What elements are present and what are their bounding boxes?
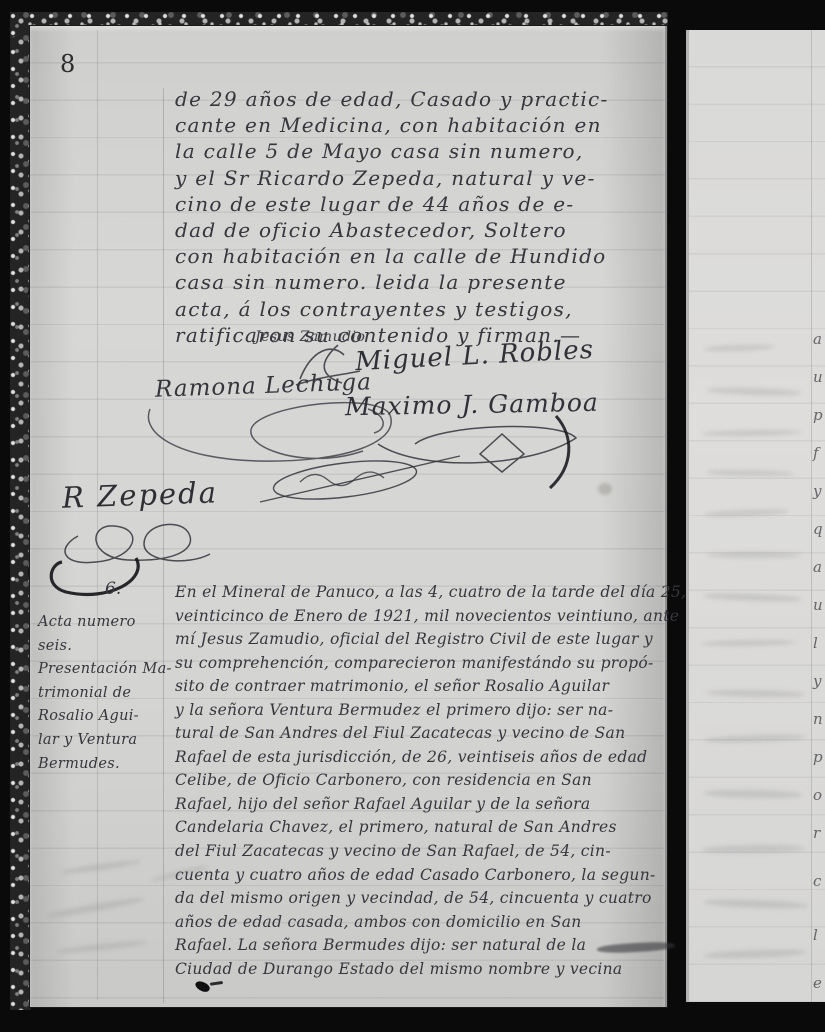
act-continuation-line: acta, á los contrayentes y testigos, [175, 296, 663, 322]
bleed-through-smudge [703, 509, 789, 518]
act-continuation-line: la calle 5 de Mayo casa sin numero, [175, 138, 663, 164]
act-body-line: Ciudad de Durango Estado del mismo nombr… [175, 958, 659, 982]
edge-text-fragment: q [813, 520, 823, 538]
act-continuation-line: y el Sr Ricardo Zepeda, natural y ve- [175, 165, 663, 191]
paper-stain [598, 483, 612, 495]
edge-text-fragment: u [813, 596, 823, 614]
edge-text-fragment: e [813, 974, 822, 992]
act-continuation-paragraph: de 29 años de edad, Casado y practic- ca… [175, 86, 663, 348]
act-body-line: Candelaria Chavez, el primero, natural d… [175, 816, 659, 840]
edge-text-fragment: l [813, 634, 818, 652]
bleed-through-smudge [705, 469, 795, 477]
margin-note-line: Bermudes. [38, 753, 166, 777]
registry-page-left: 8 de 29 años de edad, Casado y practic- … [30, 26, 667, 1007]
bleed-through-smudge [56, 939, 148, 955]
act-body-line: años de edad casada, ambos con domicilio… [175, 911, 659, 935]
bleed-through-smudge [701, 639, 796, 647]
margin-note-line: lar y Ventura [38, 729, 166, 753]
page-number: 8 [60, 50, 75, 78]
act-number: 6. [105, 579, 121, 599]
act-body-line: mí Jesus Zamudio, oficial del Registro C… [175, 628, 659, 652]
bleed-through-smudge [60, 858, 142, 875]
edge-text-fragment: o [813, 786, 822, 804]
rubric-signature-center [255, 448, 470, 508]
act-body-line: Rafael. La señora Bermudes dijo: ser nat… [175, 934, 659, 958]
margin-note-line: Acta numero [38, 611, 166, 635]
act-continuation-line: casa sin numero. leida la presente [175, 269, 663, 295]
bleed-through-smudge [701, 844, 805, 854]
edge-text-fragment: a [813, 558, 822, 576]
edge-text-fragment: l [813, 926, 818, 944]
act-body-line: da del mismo origen y vecindad, de 54, c… [175, 887, 659, 911]
edge-text-fragment: p [813, 406, 823, 424]
bleed-through-smudge [707, 552, 802, 558]
act-body-line: Rafael de esta jurisdicción, de 26, vein… [175, 746, 659, 770]
edge-text-fragment: n [813, 710, 823, 728]
edge-text-fragment: p [813, 748, 823, 766]
bleed-through-smudge [707, 386, 802, 396]
bleed-through-smudge [706, 689, 806, 698]
act-continuation-line: con habitación en la calle de Hundido [175, 243, 663, 269]
margin-note-line: Presentación Ma- [38, 658, 166, 682]
edge-text-fragment: c [813, 872, 821, 890]
act-body-line: tural de San Andres del Fiul Zacatecas y… [175, 722, 659, 746]
act-continuation-line: cante en Medicina, con habitación en [175, 112, 663, 138]
act-body-line: del Fiul Zacatecas y vecino de San Rafae… [175, 840, 659, 864]
act-continuation-line: de 29 años de edad, Casado y practic- [175, 86, 663, 112]
bleed-through-smudge [46, 895, 146, 919]
act-body-line: Celibe, de Oficio Carbonero, con residen… [175, 769, 659, 793]
act-body-paragraph: En el Mineral de Panuco, a las 4, cuatro… [175, 581, 659, 981]
act-body-line: su comprehención, comparecieron manifest… [175, 652, 659, 676]
right-page-margin-rule [811, 30, 812, 1002]
act-body-line: y la señora Ventura Bermudez el primero … [175, 699, 659, 723]
act-continuation-line: cino de este lugar de 44 años de e- [175, 191, 663, 217]
edge-text-fragment: y [813, 482, 821, 500]
act-body-line: En el Mineral de Panuco, a las 4, cuatro… [175, 581, 659, 605]
bleed-through-smudge [703, 789, 803, 799]
registry-page-right: a u p f y q a u l y n p o r c l e [686, 30, 825, 1002]
margin-note-line: seis. [38, 635, 166, 659]
act-body-line: sito de contraer matrimonio, el señor Ro… [175, 675, 659, 699]
bleed-through-smudge [703, 898, 809, 910]
bleed-through-smudge [701, 429, 801, 437]
margin-note-line: Rosalio Agui- [38, 705, 166, 729]
edge-text-fragment: y [813, 672, 821, 690]
edge-text-fragment: f [813, 444, 819, 462]
edge-text-fragment: u [813, 368, 823, 386]
signature-party-zepeda: R Zepeda [61, 475, 218, 514]
bleed-through-smudge [703, 592, 803, 602]
edge-text-fragment: a [813, 330, 822, 348]
edge-text-fragment: r [813, 824, 820, 842]
bleed-through-smudge [703, 733, 807, 744]
margin-note-line: trimonial de [38, 682, 166, 706]
bleed-through-smudge [703, 344, 775, 353]
registry-book-scan: 8 de 29 años de edad, Casado y practic- … [0, 0, 825, 1032]
act-margin-note: Acta numero seis. Presentación Ma- trimo… [38, 611, 166, 776]
act-continuation-line: dad de oficio Abastecedor, Soltero [175, 217, 663, 243]
act-body-line: Rafael, hijo del señor Rafael Aguilar y … [175, 793, 659, 817]
act-body-line: cuenta y cuatro años de edad Casado Carb… [175, 864, 659, 888]
bleed-through-smudge [703, 948, 807, 960]
act-body-line: veinticinco de Enero de 1921, mil noveci… [175, 605, 659, 629]
